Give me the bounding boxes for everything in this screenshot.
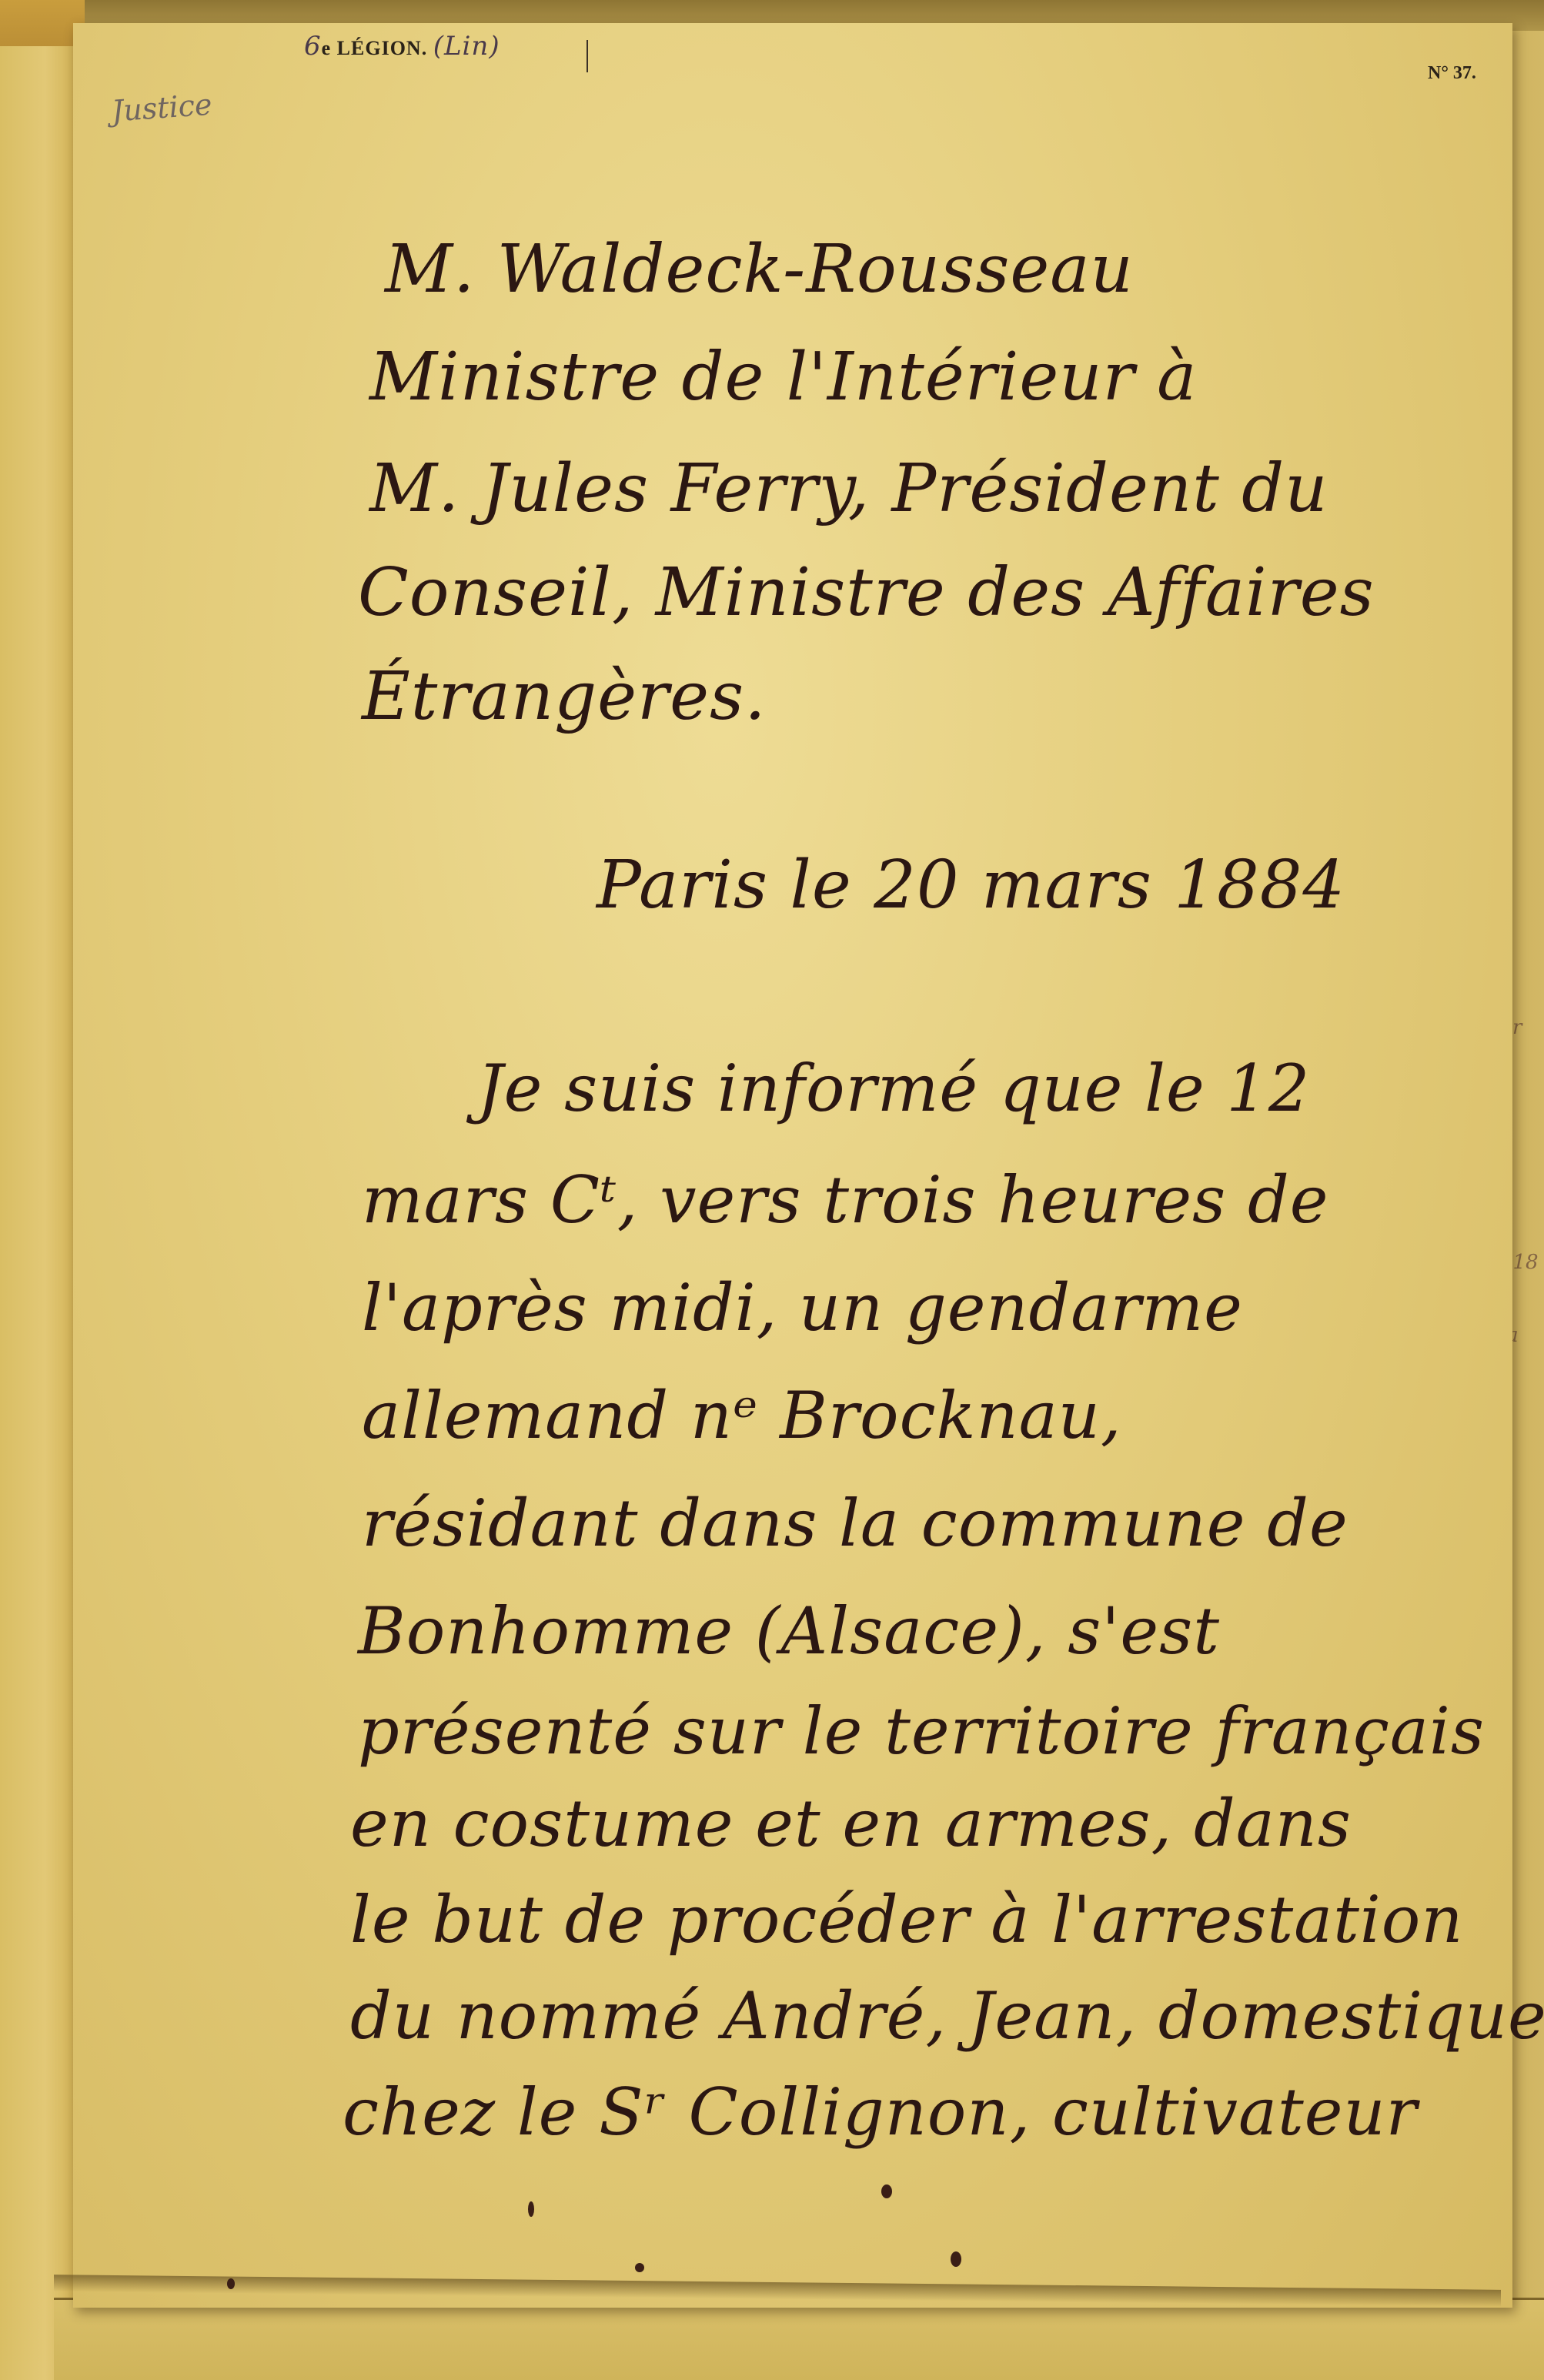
- address-line: Conseil, Ministre des Affaires: [358, 554, 1375, 631]
- address-line: Étrangères.: [362, 658, 767, 735]
- lower-sheet: [54, 2298, 1544, 2380]
- body-line: résidant dans la commune de: [362, 1486, 1348, 1561]
- body-line: Bonhomme (Alsace), s'est: [358, 1593, 1220, 1669]
- body-line: du nommé André, Jean, domestique: [350, 1978, 1544, 2054]
- header-tick-mark: [587, 40, 588, 72]
- body-line: allemand nᵉ Brocknau,: [362, 1378, 1122, 1453]
- legion-header: 6e LÉGION. (Lin): [304, 31, 500, 62]
- underlying-sheet-left: [0, 46, 85, 2380]
- body-line: l'après midi, un gendarme: [362, 1270, 1243, 1345]
- ink-spot: [227, 2278, 235, 2289]
- document-number: N° 37.: [1428, 63, 1476, 84]
- body-line: Je suis informé que le 12: [477, 1051, 1310, 1126]
- ink-spot: [881, 2184, 892, 2198]
- address-line: M. Waldeck-Rousseau: [385, 231, 1134, 308]
- dateline: Paris le 20 mars 1884: [597, 847, 1345, 924]
- legion-label: e LÉGION.: [322, 37, 428, 59]
- ink-spot: [951, 2251, 961, 2267]
- legion-annotation: (Lin): [433, 31, 500, 62]
- pencil-annotation: Justice: [111, 88, 213, 129]
- ink-spot: [528, 2201, 534, 2217]
- body-line: chez le Sʳ Collignon, cultivateur: [343, 2074, 1418, 2150]
- ink-spot: [635, 2263, 644, 2272]
- address-line: Ministre de l'Intérieur à: [369, 339, 1197, 416]
- body-line: en costume et en armes, dans: [350, 1786, 1352, 1861]
- address-line: M. Jules Ferry, Président du: [369, 450, 1328, 527]
- legion-number: 6: [304, 31, 322, 62]
- body-line: présenté sur le territoire français: [358, 1693, 1485, 1769]
- body-line: mars Cᵗ, vers trois heures de: [362, 1162, 1328, 1238]
- body-line: le but de procéder à l'arrestation: [350, 1882, 1463, 1957]
